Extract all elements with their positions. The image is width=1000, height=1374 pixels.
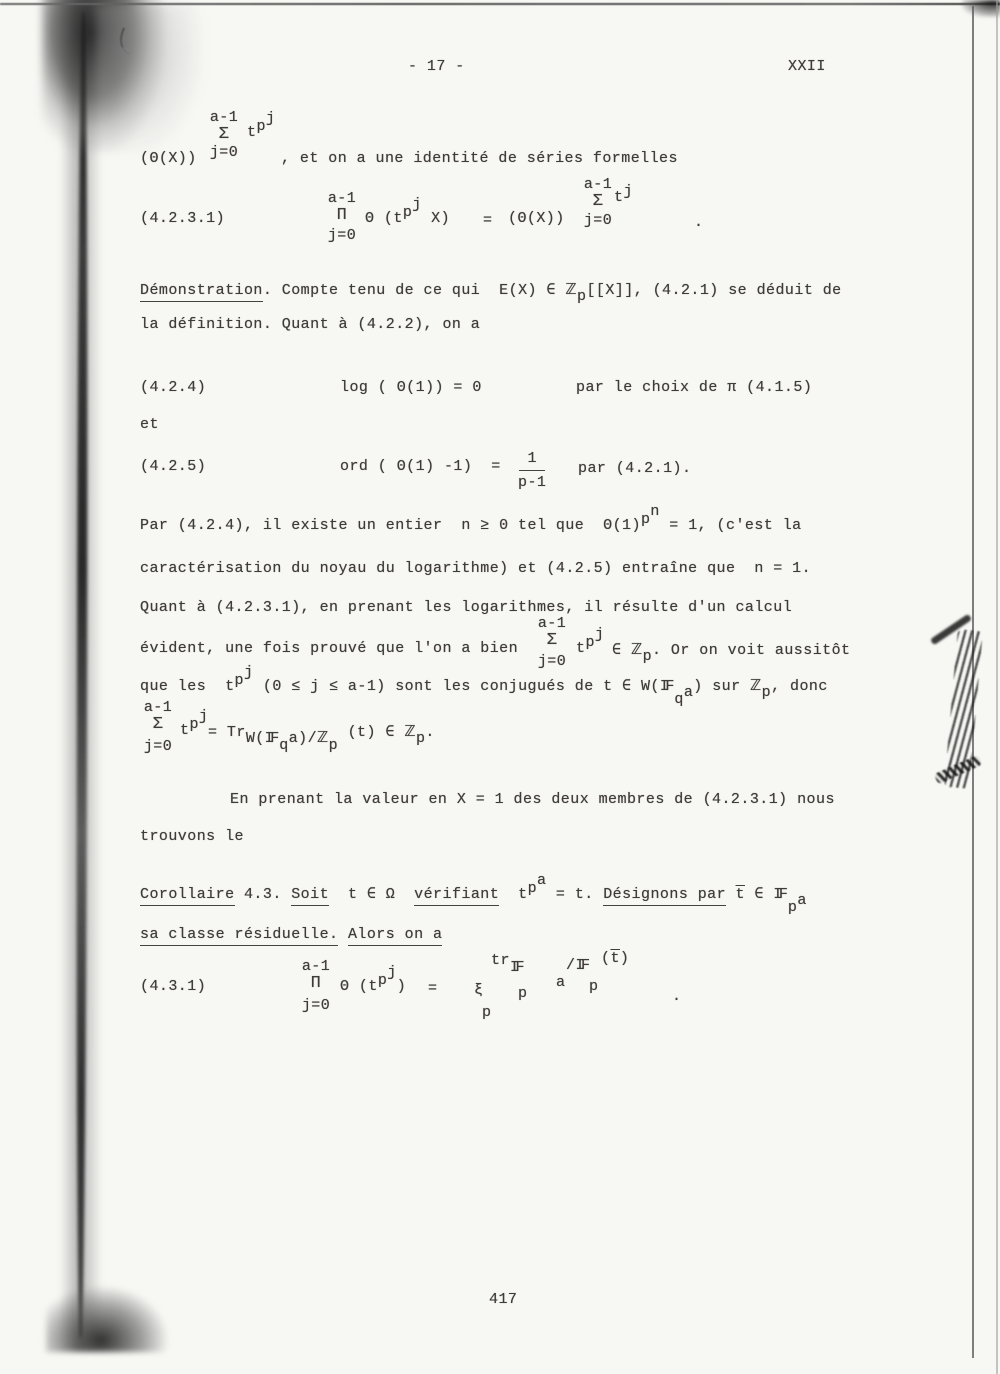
ink-stamp-flourish-top xyxy=(930,614,972,646)
element-of-symbol: ∈ xyxy=(745,886,773,903)
sub-p: p xyxy=(416,730,425,747)
header-section-label: XXII xyxy=(788,58,826,76)
term-sup-p: p xyxy=(189,716,198,733)
equals-sign: = xyxy=(483,212,492,230)
period: . xyxy=(425,724,434,741)
term-sup-p: p xyxy=(585,634,594,651)
blackboard-f-glyph: IF xyxy=(510,959,521,976)
sub-q: q xyxy=(674,691,683,708)
page-edge-line xyxy=(972,6,974,1358)
theta-open: Θ ( xyxy=(340,978,368,995)
term-sup-p: p xyxy=(378,972,387,989)
body-text: . Or on voit aussitôt xyxy=(652,642,850,659)
term-sup-j: j xyxy=(412,196,421,213)
sup-j: j xyxy=(244,664,253,681)
prod-lower-limit: j=0 xyxy=(328,228,356,244)
corollary-text: = t. xyxy=(546,886,603,903)
equation-period: . xyxy=(694,214,703,232)
sum-lower-limit: j=0 xyxy=(584,213,612,229)
demo-lead-word: Démonstration xyxy=(140,282,263,302)
trace-operator: = Tr xyxy=(208,724,246,741)
demo-paragraph-line1: Démonstration. Compte tenu de ce qui E(X… xyxy=(140,280,842,300)
underlined-phrase: sa classe résiduelle. xyxy=(140,926,338,946)
equation-424-note: par le choix de π (4.1.5) xyxy=(576,379,812,397)
trace-equation-body: = TrW(IFqa)/ℤp (t) ∈ ℤp. xyxy=(208,722,435,742)
trace-sub-open: W( xyxy=(246,730,265,747)
body-line: que les tpj (0 ≤ j ≤ a-1) sont les conju… xyxy=(140,676,828,696)
sub-p: p xyxy=(329,737,338,754)
header-page-number: - 17 - xyxy=(408,58,465,76)
body-line: évident, une fois prouvé que l'on a bien xyxy=(140,640,518,658)
sub-p: p xyxy=(518,985,527,1003)
pen-mark xyxy=(114,27,138,54)
sub-sup-a: a xyxy=(684,684,693,701)
xi-sub-p: p xyxy=(482,1004,491,1022)
demo-text: [[X]], (4.2.1) se déduit de xyxy=(586,282,841,299)
term-base: t xyxy=(393,210,402,227)
sum-lower-limit: j=0 xyxy=(210,145,238,161)
t-bar: t xyxy=(736,886,745,903)
ink-stamp-flourish-bottom xyxy=(934,755,982,785)
underlined-phrase: Désignons par xyxy=(603,886,726,906)
sum-upper-limit: a-1 xyxy=(210,110,238,126)
corollary-number: 4.3. xyxy=(235,886,292,903)
sum-lower-limit: j=0 xyxy=(538,654,566,670)
term-sup-j: j xyxy=(623,183,632,200)
ink-stamp xyxy=(944,629,983,789)
blackboard-f-over: /IF xyxy=(566,957,590,975)
term-sup-p: p xyxy=(256,118,265,135)
body-line: caractérisation du noyau du logarithme) … xyxy=(140,560,811,578)
fraction: 1 p-1 xyxy=(518,450,546,492)
prod-upper-limit: a-1 xyxy=(328,191,356,207)
equation-4231-lhs: Θ (tpj X) xyxy=(365,210,450,228)
blackboard-z: ℤ xyxy=(404,722,416,740)
sub-sup-a: a xyxy=(797,892,806,909)
body-line: En prenant la valeur en X = 1 des deux m… xyxy=(230,791,835,809)
body-text: que les t xyxy=(140,678,235,695)
prod-upper-limit: a-1 xyxy=(302,959,330,975)
intro-formula-base: (Θ(X)) xyxy=(140,150,197,168)
intro-exponent-term: tpj xyxy=(247,124,275,142)
space xyxy=(338,926,347,943)
blackboard-f: IF xyxy=(773,886,784,903)
trace-sub-close: )/ xyxy=(298,730,317,747)
equation-label-425: (4.2.5) xyxy=(140,458,206,476)
product-stack: a-1 Π j=0 xyxy=(296,959,336,1014)
rhs-sum-stack: a-1 Σ j=0 xyxy=(578,177,618,229)
body-line: trouvons le xyxy=(140,828,244,846)
equation-label-424: (4.2.4) xyxy=(140,379,206,397)
equation-431-lhs: Θ (tpj) xyxy=(340,978,406,996)
binding-shadow-core xyxy=(76,12,89,1338)
sup-n: n xyxy=(650,503,659,520)
sub-sup-a: a xyxy=(556,974,565,992)
arg-close: X) xyxy=(422,210,450,227)
blackboard-f: IF xyxy=(510,959,525,977)
theta-open: Θ ( xyxy=(365,210,393,227)
sigma-operator: Σ xyxy=(547,632,558,649)
term-sup-j: j xyxy=(595,626,604,643)
binding-blob-bottom xyxy=(46,1286,168,1352)
demo-text: . Compte tenu de ce qui E(X) xyxy=(263,282,547,299)
prod-lower-limit: j=0 xyxy=(302,998,330,1014)
blackboard-f-glyph: IF xyxy=(575,957,586,974)
body-text: ) sur xyxy=(693,678,750,695)
underlined-phrase: Alors on a xyxy=(348,926,443,946)
inline-sum-stack: a-1 Σ j=0 xyxy=(532,616,572,670)
rhs-exponent-term: tj xyxy=(614,189,633,207)
pi-operator: Π xyxy=(311,975,322,992)
arg-close: ) xyxy=(397,978,406,995)
underlined-word: Soit xyxy=(291,886,329,906)
trace-exponent-term: tpj xyxy=(180,722,208,740)
equation-4231-rhs-base: (Θ(X)) xyxy=(508,210,565,228)
sigma-operator: Σ xyxy=(593,193,604,210)
blackboard-f: IF xyxy=(265,730,276,747)
xi-symbol: ξ xyxy=(474,982,483,1000)
binding-shadow-soft xyxy=(60,0,102,1350)
equation-424-formula: log ( Θ(1)) = 0 xyxy=(340,379,482,397)
body-text: Par (4.2.4), il existe un entier n ≥ 0 t… xyxy=(140,517,641,534)
equals-sign: = xyxy=(428,980,437,998)
sum-upper-limit: a-1 xyxy=(144,700,172,716)
exponent-trace-label: tr xyxy=(491,952,510,970)
body-line: ∈ ℤp. Or on voit aussitôt xyxy=(612,640,851,660)
sup-p: p xyxy=(235,672,244,689)
corollary-text: t xyxy=(499,886,527,903)
close-paren: ) xyxy=(620,950,629,967)
fraction-numerator: 1 xyxy=(519,450,544,471)
exponent-argument: (t) xyxy=(601,950,629,968)
sum-upper-limit: a-1 xyxy=(538,616,566,632)
sub-p: p xyxy=(762,684,771,701)
binding-blob-top xyxy=(42,0,164,152)
sum-upper-limit: a-1 xyxy=(584,177,612,193)
fraction-denominator: p-1 xyxy=(518,471,546,492)
sigma-operator: Σ xyxy=(219,126,230,143)
sigma-operator: Σ xyxy=(153,716,164,733)
term-sup-j: j xyxy=(266,110,275,127)
equation-425-lhs: ord ( Θ(1) -1) = xyxy=(340,458,501,476)
sub-p: p xyxy=(589,978,598,996)
element-of-symbol: ∈ xyxy=(612,642,631,659)
element-of-symbol: ∈ xyxy=(546,282,565,299)
corollary-line1: Corollaire 4.3. Soit t ∈ Ω vérifiant tpa… xyxy=(140,886,807,904)
blackboard-z: ℤ xyxy=(565,280,577,298)
demo-paragraph-line2: la définition. Quant à (4.2.2), on a xyxy=(140,316,480,334)
term-base: t xyxy=(368,978,377,995)
blackboard-z: ℤ xyxy=(317,728,329,746)
blackboard-f: IF xyxy=(660,678,671,695)
term-sup-j: j xyxy=(199,708,208,725)
body-text: , donc xyxy=(771,678,828,695)
body-line: Quant à (4.2.3.1), en prenant les logari… xyxy=(140,599,792,617)
et-word: et xyxy=(140,416,159,434)
scan-corner-blob xyxy=(962,0,1000,17)
term-sup-j: j xyxy=(387,964,396,981)
footer-page-number: 417 xyxy=(489,1291,517,1309)
body-text: (0 ≤ j ≤ a-1) sont les conjugués de t ∈ … xyxy=(253,678,659,695)
term-sup-p: p xyxy=(403,204,412,221)
trace-sum-stack: a-1 Σ j=0 xyxy=(138,700,178,755)
underlined-word: vérifiant xyxy=(414,886,499,906)
blackboard-z: ℤ xyxy=(750,676,762,694)
sup-p: p xyxy=(641,511,650,528)
body-text: = 1, (c'est la xyxy=(660,517,802,534)
sub-p: p xyxy=(577,288,586,305)
body-line: Par (4.2.4), il existe un entier n ≥ 0 t… xyxy=(140,517,802,535)
corollary-text xyxy=(726,886,735,903)
intro-sum-stack: a-1 Σ j=0 xyxy=(202,110,246,161)
scan-top-edge-line xyxy=(0,3,1000,5)
equation-label-4231: (4.2.3.1) xyxy=(140,210,225,228)
sup-p: p xyxy=(528,880,537,897)
equation-label-431: (4.3.1) xyxy=(140,978,206,996)
corollary-keyword: Corollaire xyxy=(140,886,235,906)
pi-operator: Π xyxy=(337,207,348,224)
product-stack: a-1 Π j=0 xyxy=(322,191,362,244)
sub-p: p xyxy=(788,899,797,916)
binding-blob-top-halo xyxy=(95,4,203,154)
equation-425-note: par (4.2.1). xyxy=(578,460,691,478)
sup-a: a xyxy=(537,872,546,889)
corollary-text: t ∈ Ω xyxy=(329,886,414,903)
scan-right-edge xyxy=(996,0,998,1374)
corollary-line2: sa classe résiduelle. Alors on a xyxy=(140,926,442,944)
sub-q: q xyxy=(279,737,288,754)
scanned-paper-page: - 17 - XXII (Θ(X)) a-1 Σ j=0 tpj , et on… xyxy=(0,0,1000,1374)
sub-sup-a: a xyxy=(289,730,298,747)
t-bar: t xyxy=(610,950,619,967)
inline-exponent-term: tpj xyxy=(576,640,604,658)
sum-lower-limit: j=0 xyxy=(144,739,172,755)
equation-period: . xyxy=(672,988,681,1006)
intro-formula-tail: , et on a une identité de séries formell… xyxy=(281,150,678,168)
trace-argument: (t) ∈ xyxy=(338,724,404,741)
sub-p: p xyxy=(643,648,652,665)
blackboard-z: ℤ xyxy=(631,640,643,658)
